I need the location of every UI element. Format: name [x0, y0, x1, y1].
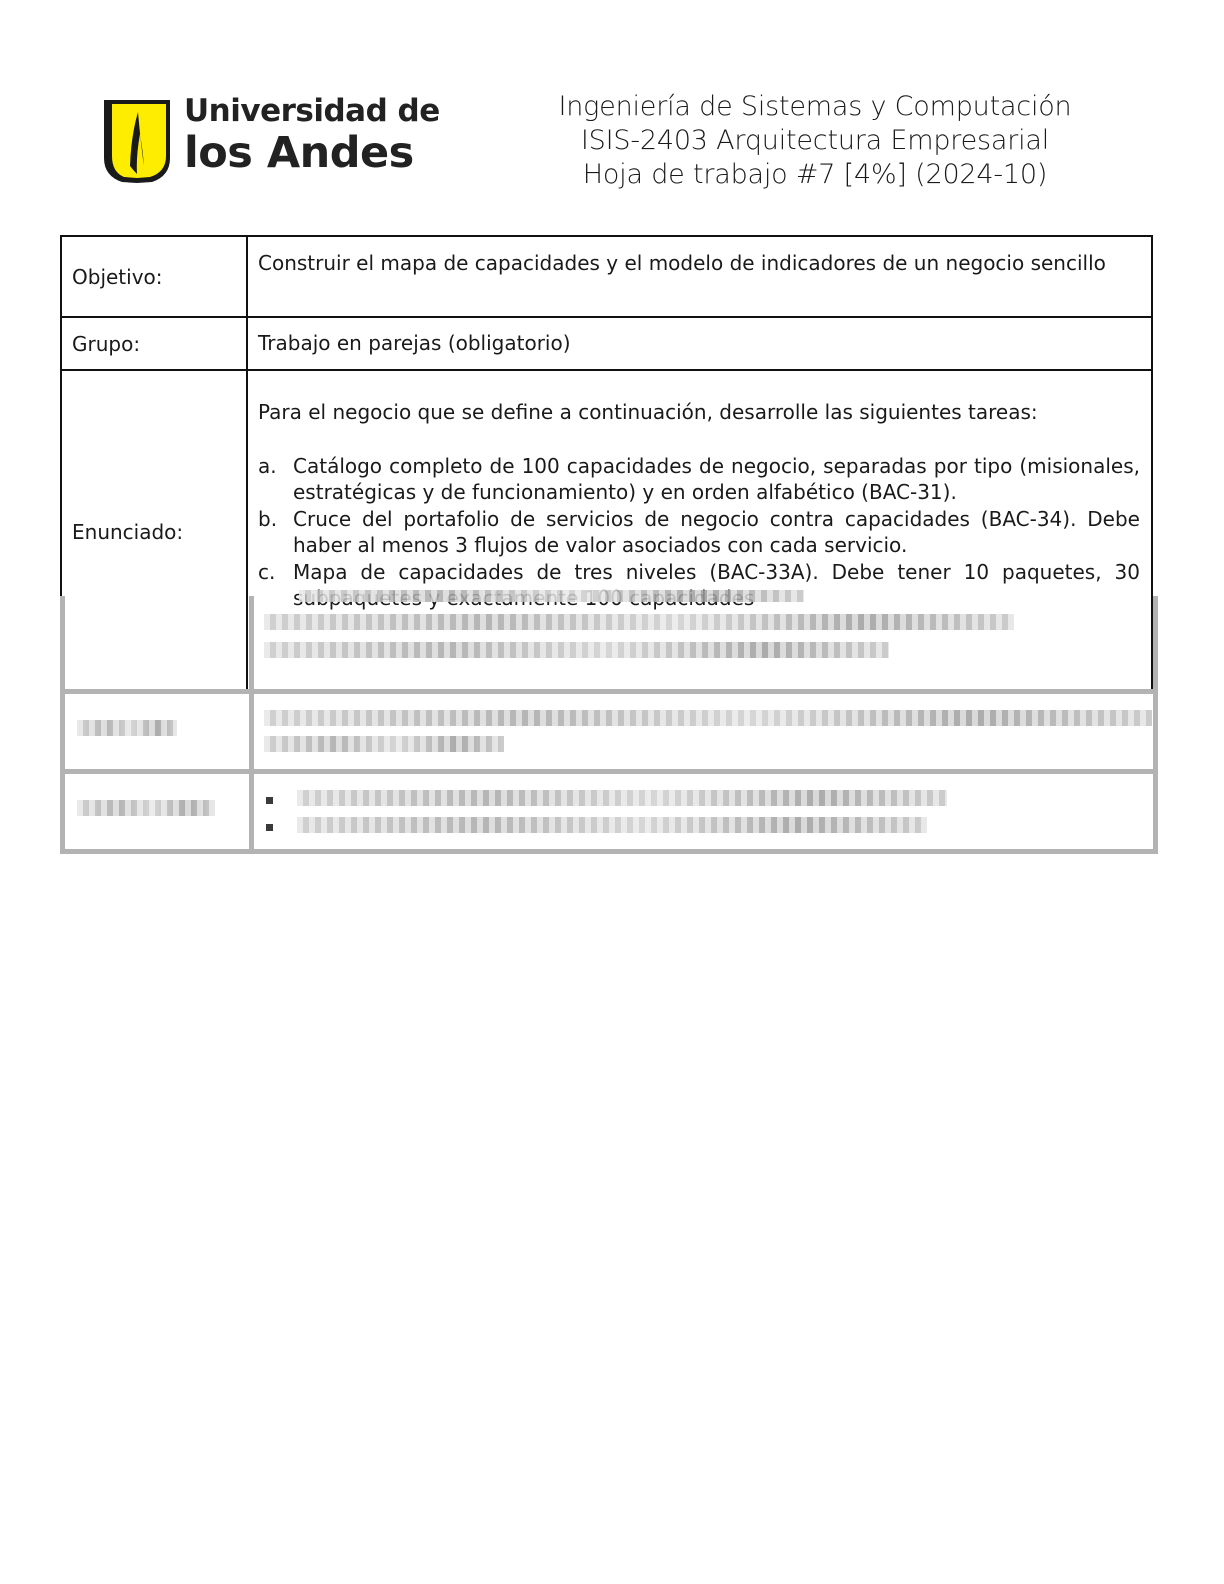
- obscured-value: [254, 774, 1153, 849]
- list-item: b. Cruce del portafolio de servicios de …: [258, 506, 1140, 559]
- task-text: Catálogo completo de 100 capacidades de …: [293, 453, 1140, 506]
- task-marker: b.: [258, 506, 293, 559]
- table-row-grupo: Grupo: Trabajo en parejas (obligatorio): [60, 318, 1153, 371]
- bullet-icon: [266, 824, 273, 831]
- task-list: a. Catálogo completo de 100 capacidades …: [258, 453, 1140, 612]
- obscured-value: [254, 694, 1153, 769]
- obscured-row-enunciado: [60, 596, 1158, 694]
- task-text: Cruce del portafolio de servicios de neg…: [293, 506, 1140, 559]
- worksheet-title: Hoja de trabajo #7 [4%] (2024-10): [540, 158, 1090, 192]
- logo-text-line2: los Andes: [184, 132, 414, 175]
- pixelated-text: [264, 710, 1152, 726]
- enunciado-intro: Para el negocio que se define a continua…: [258, 399, 1140, 426]
- obscured-row-sustentacion: [60, 774, 1158, 854]
- pixelated-text: [264, 642, 889, 658]
- table-row-objetivo: Objetivo: Construir el mapa de capacidad…: [60, 235, 1153, 318]
- list-item: a. Catálogo completo de 100 capacidades …: [258, 453, 1140, 506]
- obscured-label: [65, 694, 254, 769]
- pixelated-text: [297, 790, 947, 806]
- pixelated-text: [264, 614, 1014, 630]
- obscured-label: [65, 596, 254, 689]
- obscured-region: [60, 596, 1158, 854]
- pixelated-text: [297, 817, 927, 833]
- objetivo-label: Objetivo:: [62, 237, 248, 316]
- grupo-value: Trabajo en parejas (obligatorio): [248, 318, 1151, 369]
- bullet-icon: [266, 797, 273, 804]
- university-logo: Universidad de los Andes: [100, 94, 400, 186]
- obscured-label: [65, 774, 254, 849]
- task-marker: a.: [258, 453, 293, 506]
- department-title: Ingeniería de Sistemas y Computación: [540, 90, 1090, 124]
- pixelated-text: [77, 720, 177, 736]
- pixelated-text: [299, 590, 804, 602]
- logo-text-line1: Universidad de: [184, 96, 440, 127]
- pixelated-text: [264, 736, 504, 752]
- objetivo-value: Construir el mapa de capacidades y el mo…: [248, 237, 1151, 316]
- grupo-label: Grupo:: [62, 318, 248, 369]
- document-title: Ingeniería de Sistemas y Computación ISI…: [540, 90, 1090, 192]
- pixelated-text: [77, 800, 215, 816]
- shield-icon: [100, 96, 174, 184]
- obscured-value: [254, 596, 1153, 689]
- obscured-row-negocio: [60, 694, 1158, 774]
- course-title: ISIS-2403 Arquitectura Empresarial: [540, 124, 1090, 158]
